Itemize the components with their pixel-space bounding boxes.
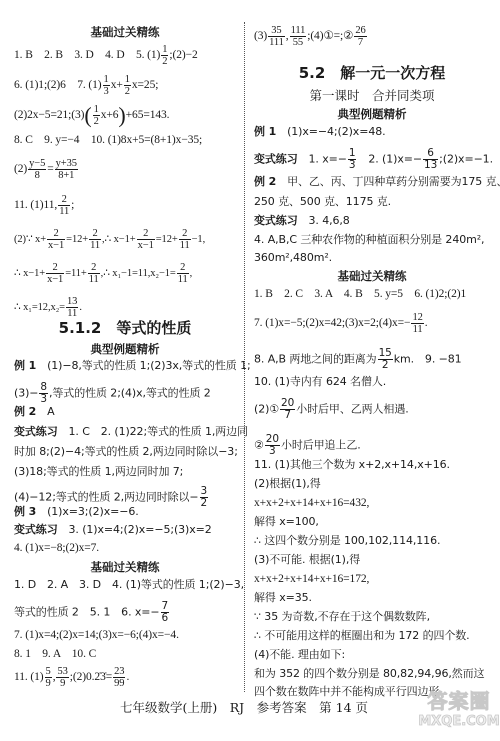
answer-line: 11. (1)其他三个数为 x+2,x+14,x+16. <box>254 458 450 472</box>
answer-line: 8. A,B 两地之间的距离为152km. 9. −81 <box>254 348 462 371</box>
answer-line: 7. (1)x=−5;(2)x=42;(3)x=2;(4)x=−1211. <box>254 312 428 335</box>
variant-practice-2: 变式练习 3. 4,6,8 <box>254 214 350 228</box>
watermark-url: MXQE.COM <box>418 714 500 730</box>
example-1: 例 1 (1)−8,等式的性质 1;(2)3x,等式的性质 1; <box>14 359 251 373</box>
section-title: 5.2 解一元一次方程 <box>254 62 490 83</box>
answer-line: ∴ x₁=12,x₂=1311. <box>14 296 82 319</box>
section-title: 5.1.2 等式的性质 <box>14 317 236 338</box>
heading-typical-examples: 典型例题精析 <box>254 106 490 122</box>
answer-line: 1. B 2. C 3. A 4. B 5. y=5 6. (1)2;(2)1 <box>254 287 466 301</box>
answer-line: x+x+2+x+14+x+16=432, <box>254 496 369 510</box>
answer-line: 时加 8;(2)−4;等式的性质 2,两边同时除以−3; <box>14 445 238 459</box>
answer-line: ②203小时后甲追上乙. <box>254 434 361 457</box>
answer-line: (4)不能. 理由如下: <box>254 648 345 662</box>
answer-line: ∴ 不可能用这样的框圈出和为 172 的四个数. <box>254 629 470 643</box>
variant-practice-2: 变式练习 3. (1)x=4;(2)x=−5;(3)x=2 <box>14 523 212 537</box>
answer-line: (2)y−58=y+358+1 <box>14 158 79 181</box>
answer-line: 4. A,B,C 三种农作物的种植面积分别是 240m², <box>254 233 484 247</box>
answer-line: 和为 352 的四个数分别是 80,82,94,96,然而这 <box>254 667 484 681</box>
answer-line: 10. (1)寺内有 624 名僧人. <box>254 375 386 389</box>
page-footer: 七年级数学(上册) RJ 参考答案 第 14 页 <box>120 698 368 716</box>
answer-line: (2)∵ x+2x−1=12+211,∴ x−1+2x−1=12+211−1, <box>14 228 205 251</box>
lesson-title: 第一课时 合并同类项 <box>254 86 490 104</box>
example-3: 例 3 (1)x=3;(2)x=−6. <box>14 505 139 519</box>
answer-line: ∴ x−1+2x−1=11+211,∴ x₁−1=11,x₂−1=211, <box>14 262 192 285</box>
answer-line: (3)35111,11155;(4)①=;②267 <box>254 25 368 48</box>
variant-practice-1: 变式练习 1. C 2. (1)22;等式的性质 1,两边同 <box>14 425 248 439</box>
answer-line: 解得 x=35. <box>254 591 312 605</box>
example-2: 例 2 甲、乙、丙、丁四种草药分别需要为175 克、 <box>254 175 500 189</box>
answer-line: ∴ 这四个数分别是 100,102,114,116. <box>254 534 440 548</box>
answer-line: 1. B 2. B 3. D 4. D 5. (1)12;(2)−2 <box>14 44 198 67</box>
watermark-logo: 答案圈 MXQE.COM <box>418 688 500 741</box>
answer-line: (3)不可能. 根据(1),得 <box>254 553 360 567</box>
answer-line: (3)18;等式的性质 1,两边同时加 7; <box>14 465 183 479</box>
answer-line: 11. (1)11,211; <box>14 194 74 217</box>
answer-line: (3)−83,等式的性质 2;(4)x,等式的性质 2 <box>14 382 211 405</box>
answer-line: 四个数在数阵中并不能构成平行四边形. <box>254 685 443 699</box>
example-1: 例 1 (1)x=−4;(2)x=48. <box>254 125 386 139</box>
answer-line: 250 克、500 克、1175 克. <box>254 195 391 209</box>
answer-line: ∵ 35 为奇数,不存在于这个偶数数阵, <box>254 610 430 624</box>
example-2: 例 2 A <box>14 405 55 419</box>
answer-line: 4. (1)x=−8;(2)x=7. <box>14 541 99 555</box>
answer-line: 11. (1)59,539;(2)0.2̇3̇=2399. <box>14 666 129 689</box>
variant-practice-1: 变式练习 1. x=−13 2. (1)x=−613;(2)x=−1. <box>254 148 493 171</box>
answer-line: 8. 1 9. A 10. C <box>14 647 96 661</box>
answer-line: 8. C 9. y=−4 10. (1)8x+5=(8+1)x−35; <box>14 133 202 147</box>
answer-line: x+x+2+x+14+x+16=172, <box>254 572 369 586</box>
heading-basic-practice: 基础过关精练 <box>14 559 236 575</box>
answer-line: 解得 x=100, <box>254 515 319 529</box>
answer-line: 等式的性质 2 5. 1 6. x=−76 <box>14 601 170 624</box>
answer-line: (2)根据(1),得 <box>254 477 321 491</box>
answer-line: 7. (1)x=4;(2)x=14;(3)x=−6;(4)x=−4. <box>14 628 179 642</box>
answer-line: 1. D 2. A 3. D 4. (1)等式的性质 1;(2)−3, <box>14 578 244 592</box>
watermark-text: 答案圈 <box>418 688 500 714</box>
column-divider <box>244 22 245 692</box>
answer-line: 6. (1)1;(2)6 7. (1)13x+12x=25; <box>14 74 158 97</box>
answer-key-page: 基础过关精练 1. B 2. B 3. D 4. D 5. (1)12;(2)−… <box>0 0 500 741</box>
answer-line: (2)①207小时后甲、乙两人相遇. <box>254 398 409 421</box>
heading-typical-examples: 典型例题精析 <box>14 341 236 357</box>
answer-line: 360m²,480m². <box>254 251 332 265</box>
heading-basic-practice: 基础过关精练 <box>254 268 490 284</box>
answer-line: (2)2x−5=21;(3)(12x+6)+65=143. <box>14 104 169 127</box>
heading-basic-practice: 基础过关精练 <box>14 24 236 40</box>
